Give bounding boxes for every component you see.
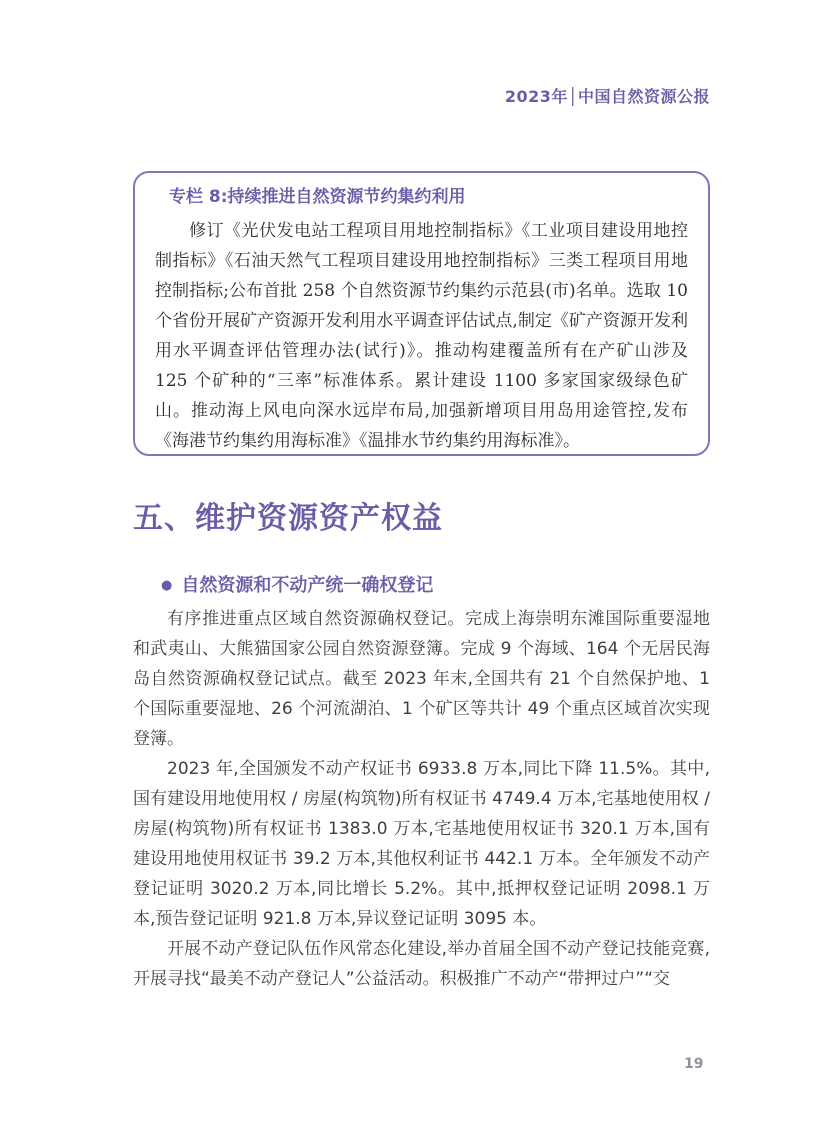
subsection-heading: ● 自然资源和不动产统一确权登记: [133, 575, 710, 597]
callout-box-body: 修订《光伏发电站工程项目用地控制指标》《工业项目建设用地控制指标》《石油天然气工…: [155, 216, 688, 456]
callout-box: 专栏 8:持续推进自然资源节约集约利用 修订《光伏发电站工程项目用地控制指标》《…: [133, 171, 710, 456]
section-heading: 五、维护资源资产权益: [133, 500, 710, 538]
running-header: 2023年│中国自然资源公报: [133, 84, 710, 107]
page-content: 2023年│中国自然资源公报 专栏 8:持续推进自然资源节约集约利用 修订《光伏…: [133, 0, 710, 994]
callout-box-title: 专栏 8:持续推进自然资源节约集约利用: [169, 184, 688, 210]
paragraph: 有序推进重点区域自然资源确权登记。完成上海崇明东滩国际重要湿地和武夷山、大熊猫国…: [133, 604, 710, 754]
bullet-icon: ●: [161, 575, 172, 597]
paragraph: 2023 年,全国颁发不动产权证书 6933.8 万本,同比下降 11.5%。其…: [133, 754, 710, 934]
subsection-title: 自然资源和不动产统一确权登记: [181, 575, 433, 597]
body-text: 有序推进重点区域自然资源确权登记。完成上海崇明东滩国际重要湿地和武夷山、大熊猫国…: [133, 604, 710, 994]
paragraph: 开展不动产登记队伍作风常态化建设,举办首届全国不动产登记技能竞赛,开展寻找“最美…: [133, 934, 710, 994]
page-number: 19: [684, 1056, 703, 1072]
